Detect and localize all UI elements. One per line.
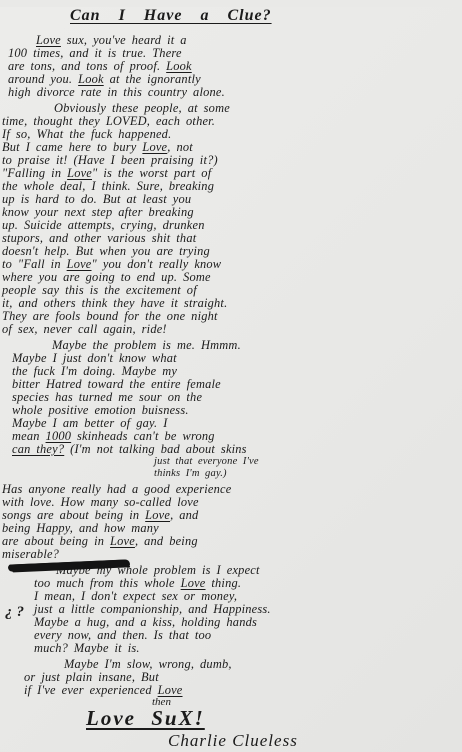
- letter-line: high divorce rate in this country alone.: [8, 86, 462, 99]
- margin-question-marks: ¿?: [5, 604, 28, 621]
- letter-paragraph: Love sux, you've heard it a100 times, an…: [8, 34, 462, 99]
- letter-line: if I've ever experienced Love: [24, 684, 462, 697]
- letter-paragraph: Obviously these people, at sometime, tho…: [2, 102, 462, 336]
- letter-line: can they? (I'm not talking bad about ski…: [12, 443, 462, 456]
- letter-closing: Love SuX!: [86, 707, 462, 730]
- letter-line: much? Maybe it is.: [34, 642, 462, 655]
- letter-paragraph: Maybe the problem is me. Hmmm.Maybe I ju…: [12, 339, 462, 479]
- letter-body: Love sux, you've heard it a100 times, an…: [0, 34, 462, 697]
- letter-line: just that everyone I've: [154, 456, 462, 468]
- letter-line: miserable?: [2, 548, 462, 561]
- letter-line: thinks I'm gay.): [154, 468, 462, 480]
- letter-line: of sex, never call again, ride!: [2, 323, 462, 336]
- letter-paragraph: Maybe my whole problem is I expecttoo mu…: [34, 564, 462, 655]
- handwritten-letter-page: Can I Have a Clue? Love sux, you've hear…: [0, 7, 462, 752]
- letter-signature: Charlie Clueless: [168, 731, 462, 750]
- letter-paragraph: Has anyone really had a good experiencew…: [2, 483, 462, 561]
- letter-title: Can I Have a Clue?: [70, 7, 462, 25]
- letter-line: are about being in Love, and being: [2, 535, 462, 548]
- letter-paragraph: Maybe I'm slow, wrong, dumb,or just plai…: [24, 658, 462, 697]
